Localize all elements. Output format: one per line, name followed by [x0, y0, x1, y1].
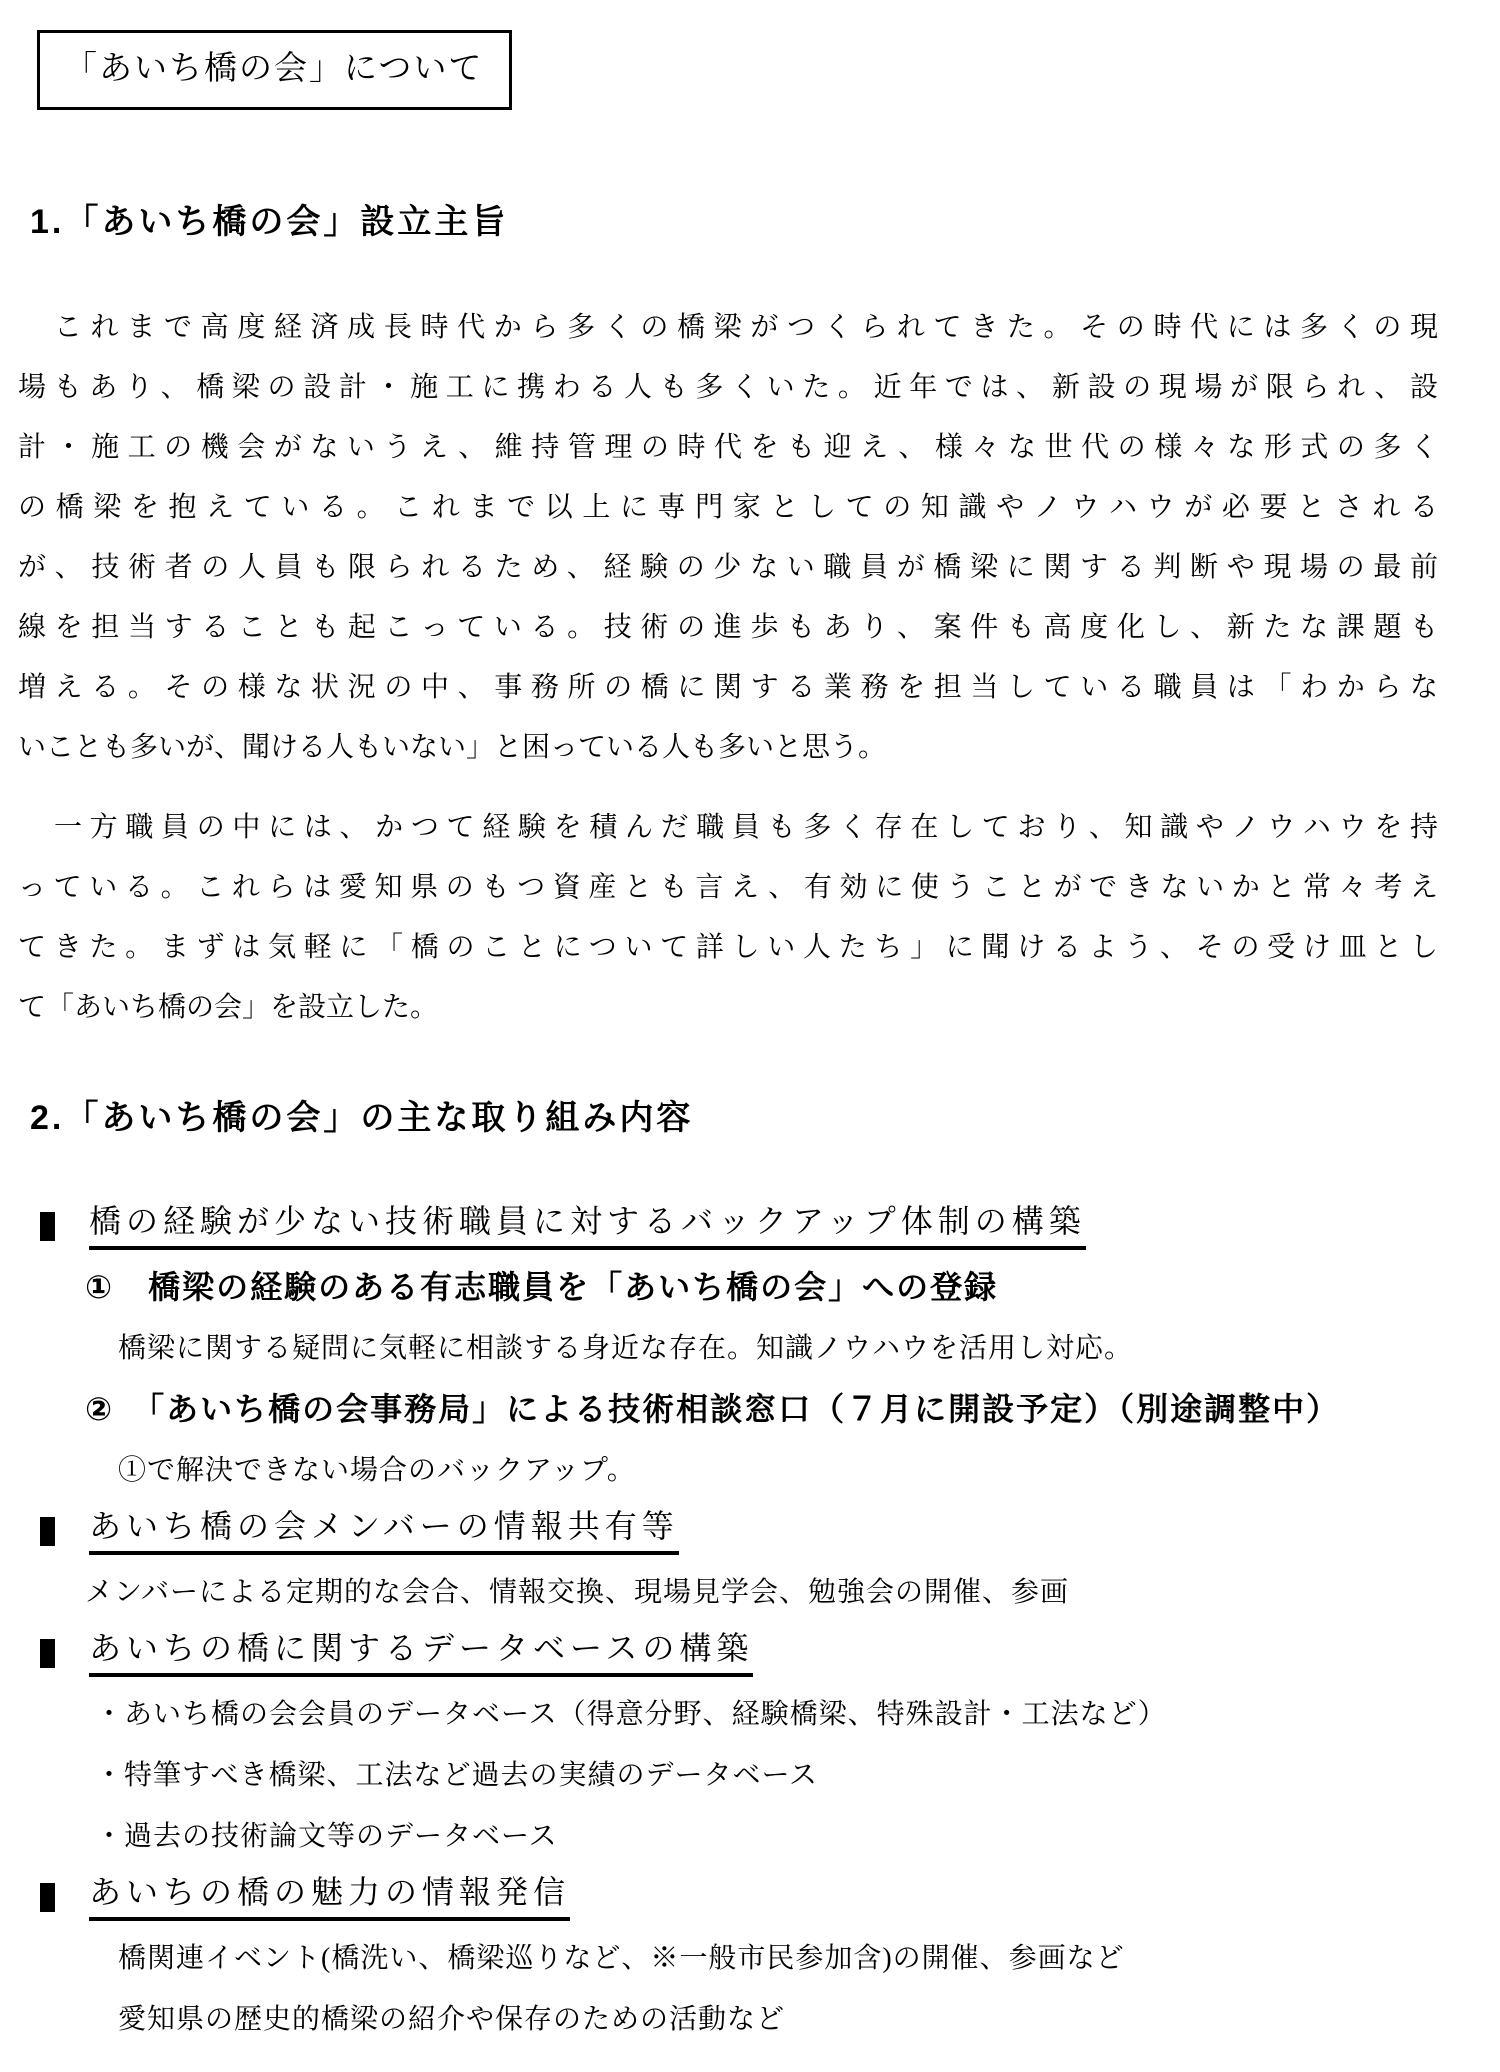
list-item-title: あいち橋の会メンバーの情報共有等 — [89, 1506, 679, 1555]
list-item-backup-system: 橋の経験が少ない技術職員に対するバックアップ体制の構築 — [0, 1196, 1500, 1257]
numbered-item-1-note: 橋梁に関する疑問に気軽に相談する身近な存在。知識ノウハウを活用し対応。 — [0, 1318, 1500, 1379]
square-bullet-icon — [40, 1883, 55, 1912]
paragraph-line: これまで高度経済成長時代から多くの橋梁がつくられてきた。その時代には多くの現 — [18, 298, 1438, 358]
list-item-info-sharing: あいち橋の会メンバーの情報共有等 — [0, 1501, 1500, 1562]
document-title: 「あいち橋の会」について — [64, 51, 483, 87]
list-item-promotion: あいちの橋の魅力の情報発信 — [0, 1867, 1500, 1928]
paragraph-founding-purpose-2: 一方職員の中には、かつて経験を積んだ職員も多く存在しており、知識やノウハウを持 … — [18, 798, 1438, 1038]
section2-heading: 2.「あいち橋の会」の主な取り組み内容 — [30, 1096, 693, 1140]
promotion-sub-item: 愛知県の歴史的橋梁の紹介や保存のための活動など — [0, 1989, 1500, 2050]
paragraph-line: っている。これらは愛知県のもつ資産とも言え、有効に使うことができないかと常々考え — [18, 858, 1438, 918]
paragraph-line: 場もあり、橋梁の設計・施工に携わる人も多くいた。近年では、新設の現場が限られ、設 — [18, 358, 1438, 418]
paragraph-line: てきた。まずは気軽に「橋のことについて詳しい人たち」に聞けるよう、その受け皿とし — [18, 918, 1438, 978]
paragraph-founding-purpose-1: これまで高度経済成長時代から多くの橋梁がつくられてきた。その時代には多くの現 場… — [18, 298, 1438, 778]
list-item-title: 橋の経験が少ない技術職員に対するバックアップ体制の構築 — [89, 1201, 1086, 1250]
database-sub-item: ・あいち橋の会会員のデータベース（得意分野、経験橋梁、特殊設計・工法など） — [0, 1684, 1500, 1745]
list-item-title: あいちの橋の魅力の情報発信 — [89, 1872, 570, 1921]
square-bullet-icon — [40, 1639, 55, 1668]
paragraph-line: 計・施工の機会がないうえ、維持管理の時代をも迎え、様々な世代の様々な形式の多く — [18, 418, 1438, 478]
paragraph-line: が、技術者の人員も限られるため、経験の少ない職員が橋梁に関する判断や現場の最前 — [18, 538, 1438, 598]
promotion-sub-item: 橋関連イベント(橋洗い、橋梁巡りなど、※一般市民参加含)の開催、参画など — [0, 1928, 1500, 1989]
document-page: 「あいち橋の会」について 1.「あいち橋の会」設立主旨 これまで高度経済成長時代… — [0, 0, 1500, 2072]
database-sub-item: ・過去の技術論文等のデータベース — [0, 1806, 1500, 1867]
paragraph-line: いことも多いが、聞ける人もいない」と困っている人も多いと思う。 — [18, 718, 1438, 778]
paragraph-line: て「あいち橋の会」を設立した。 — [18, 978, 1438, 1038]
list-item-title: あいちの橋に関するデータベースの構築 — [89, 1628, 753, 1677]
list-item-database: あいちの橋に関するデータベースの構築 — [0, 1623, 1500, 1684]
document-title-box: 「あいち橋の会」について — [37, 30, 512, 110]
paragraph-line: 線を担当することも起こっている。技術の進歩もあり、案件も高度化し、新たな課題も — [18, 598, 1438, 658]
section1-heading: 1.「あいち橋の会」設立主旨 — [30, 200, 508, 244]
info-sharing-note: メンバーによる定期的な会合、情報交換、現場見学会、勉強会の開催、参画 — [0, 1562, 1500, 1623]
paragraph-line: の橋梁を抱えている。これまで以上に専門家としての知識やノウハウが必要とされる — [18, 478, 1438, 538]
numbered-item-2: ② 「あいち橋の会事務局」による技術相談窓口（７月に開設予定）（別途調整中） — [0, 1379, 1500, 1440]
square-bullet-icon — [40, 1517, 55, 1546]
paragraph-line: 増える。その様な状況の中、事務所の橋に関する業務を担当している職員は「わからな — [18, 658, 1438, 718]
numbered-item-2-note: ①で解決できない場合のバックアップ。 — [0, 1440, 1500, 1501]
square-bullet-icon — [40, 1212, 55, 1241]
paragraph-line: 一方職員の中には、かつて経験を積んだ職員も多く存在しており、知識やノウハウを持 — [18, 798, 1438, 858]
database-sub-item: ・特筆すべき橋梁、工法など過去の実績のデータベース — [0, 1745, 1500, 1806]
numbered-item-1: ① 橋梁の経験のある有志職員を「あいち橋の会」への登録 — [0, 1257, 1500, 1318]
activities-list: 橋の経験が少ない技術職員に対するバックアップ体制の構築 ① 橋梁の経験のある有志… — [0, 1196, 1500, 2050]
